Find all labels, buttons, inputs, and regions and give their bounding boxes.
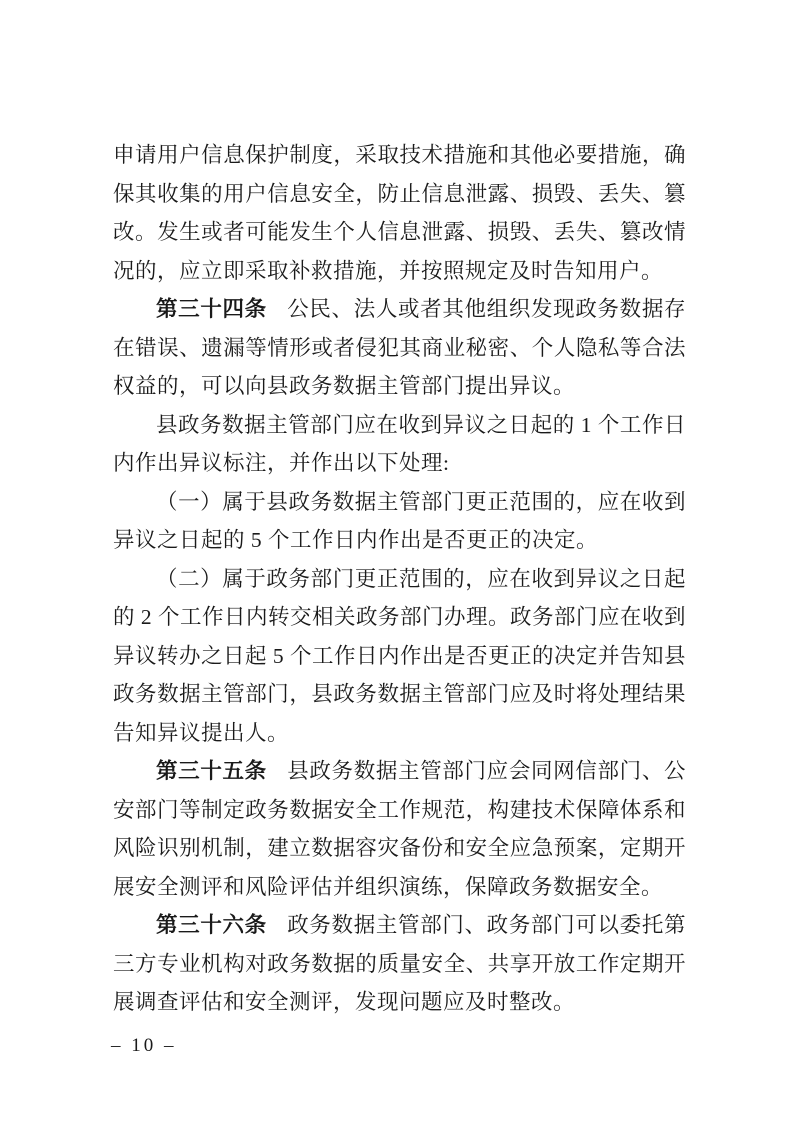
document-page: 申请用户信息保护制度，采取技术措施和其他必要措施，确保其收集的用户信息安全，防止… xyxy=(0,0,793,1122)
page-number: – 10 – xyxy=(111,1032,177,1060)
paragraph-item-1: （一）属于县政务数据主管部门更正范围的，应在收到异议之日起的 5 个工作日内作出… xyxy=(113,483,686,560)
paragraph-handling-intro: 县政务数据主管部门应在收到异议之日起的 1 个工作日内作出异议标注，并作出以下处… xyxy=(113,406,686,483)
paragraph-text: 县政务数据主管部门应在收到异议之日起的 1 个工作日内作出异议标注，并作出以下处… xyxy=(113,413,686,476)
article-number: 第三十五条 xyxy=(156,759,267,783)
article-number: 第三十四条 xyxy=(156,297,267,321)
article-number: 第三十六条 xyxy=(156,913,267,937)
paragraph-text: 申请用户信息保护制度，采取技术措施和其他必要措施，确保其收集的用户信息安全，防止… xyxy=(113,143,686,283)
paragraph-article-35: 第三十五条县政务数据主管部门应会同网信部门、公安部门等制定政务数据安全工作规范，… xyxy=(113,752,686,906)
paragraph-text: （二）属于政务部门更正范围的，应在收到异议之日起的 2 个工作日内转交相关政务部… xyxy=(113,567,686,745)
paragraph-article-34: 第三十四条公民、法人或者其他组织发现政务数据存在错误、遗漏等情形或者侵犯其商业秘… xyxy=(113,290,686,406)
paragraph-text: （一）属于县政务数据主管部门更正范围的，应在收到异议之日起的 5 个工作日内作出… xyxy=(113,490,686,553)
document-body: 申请用户信息保护制度，采取技术措施和其他必要措施，确保其收集的用户信息安全，防止… xyxy=(113,136,686,1022)
paragraph-continuation: 申请用户信息保护制度，采取技术措施和其他必要措施，确保其收集的用户信息安全，防止… xyxy=(113,136,686,290)
paragraph-article-36: 第三十六条政务数据主管部门、政务部门可以委托第三方专业机构对政务数据的质量安全、… xyxy=(113,906,686,1022)
paragraph-item-2: （二）属于政务部门更正范围的，应在收到异议之日起的 2 个工作日内转交相关政务部… xyxy=(113,560,686,753)
